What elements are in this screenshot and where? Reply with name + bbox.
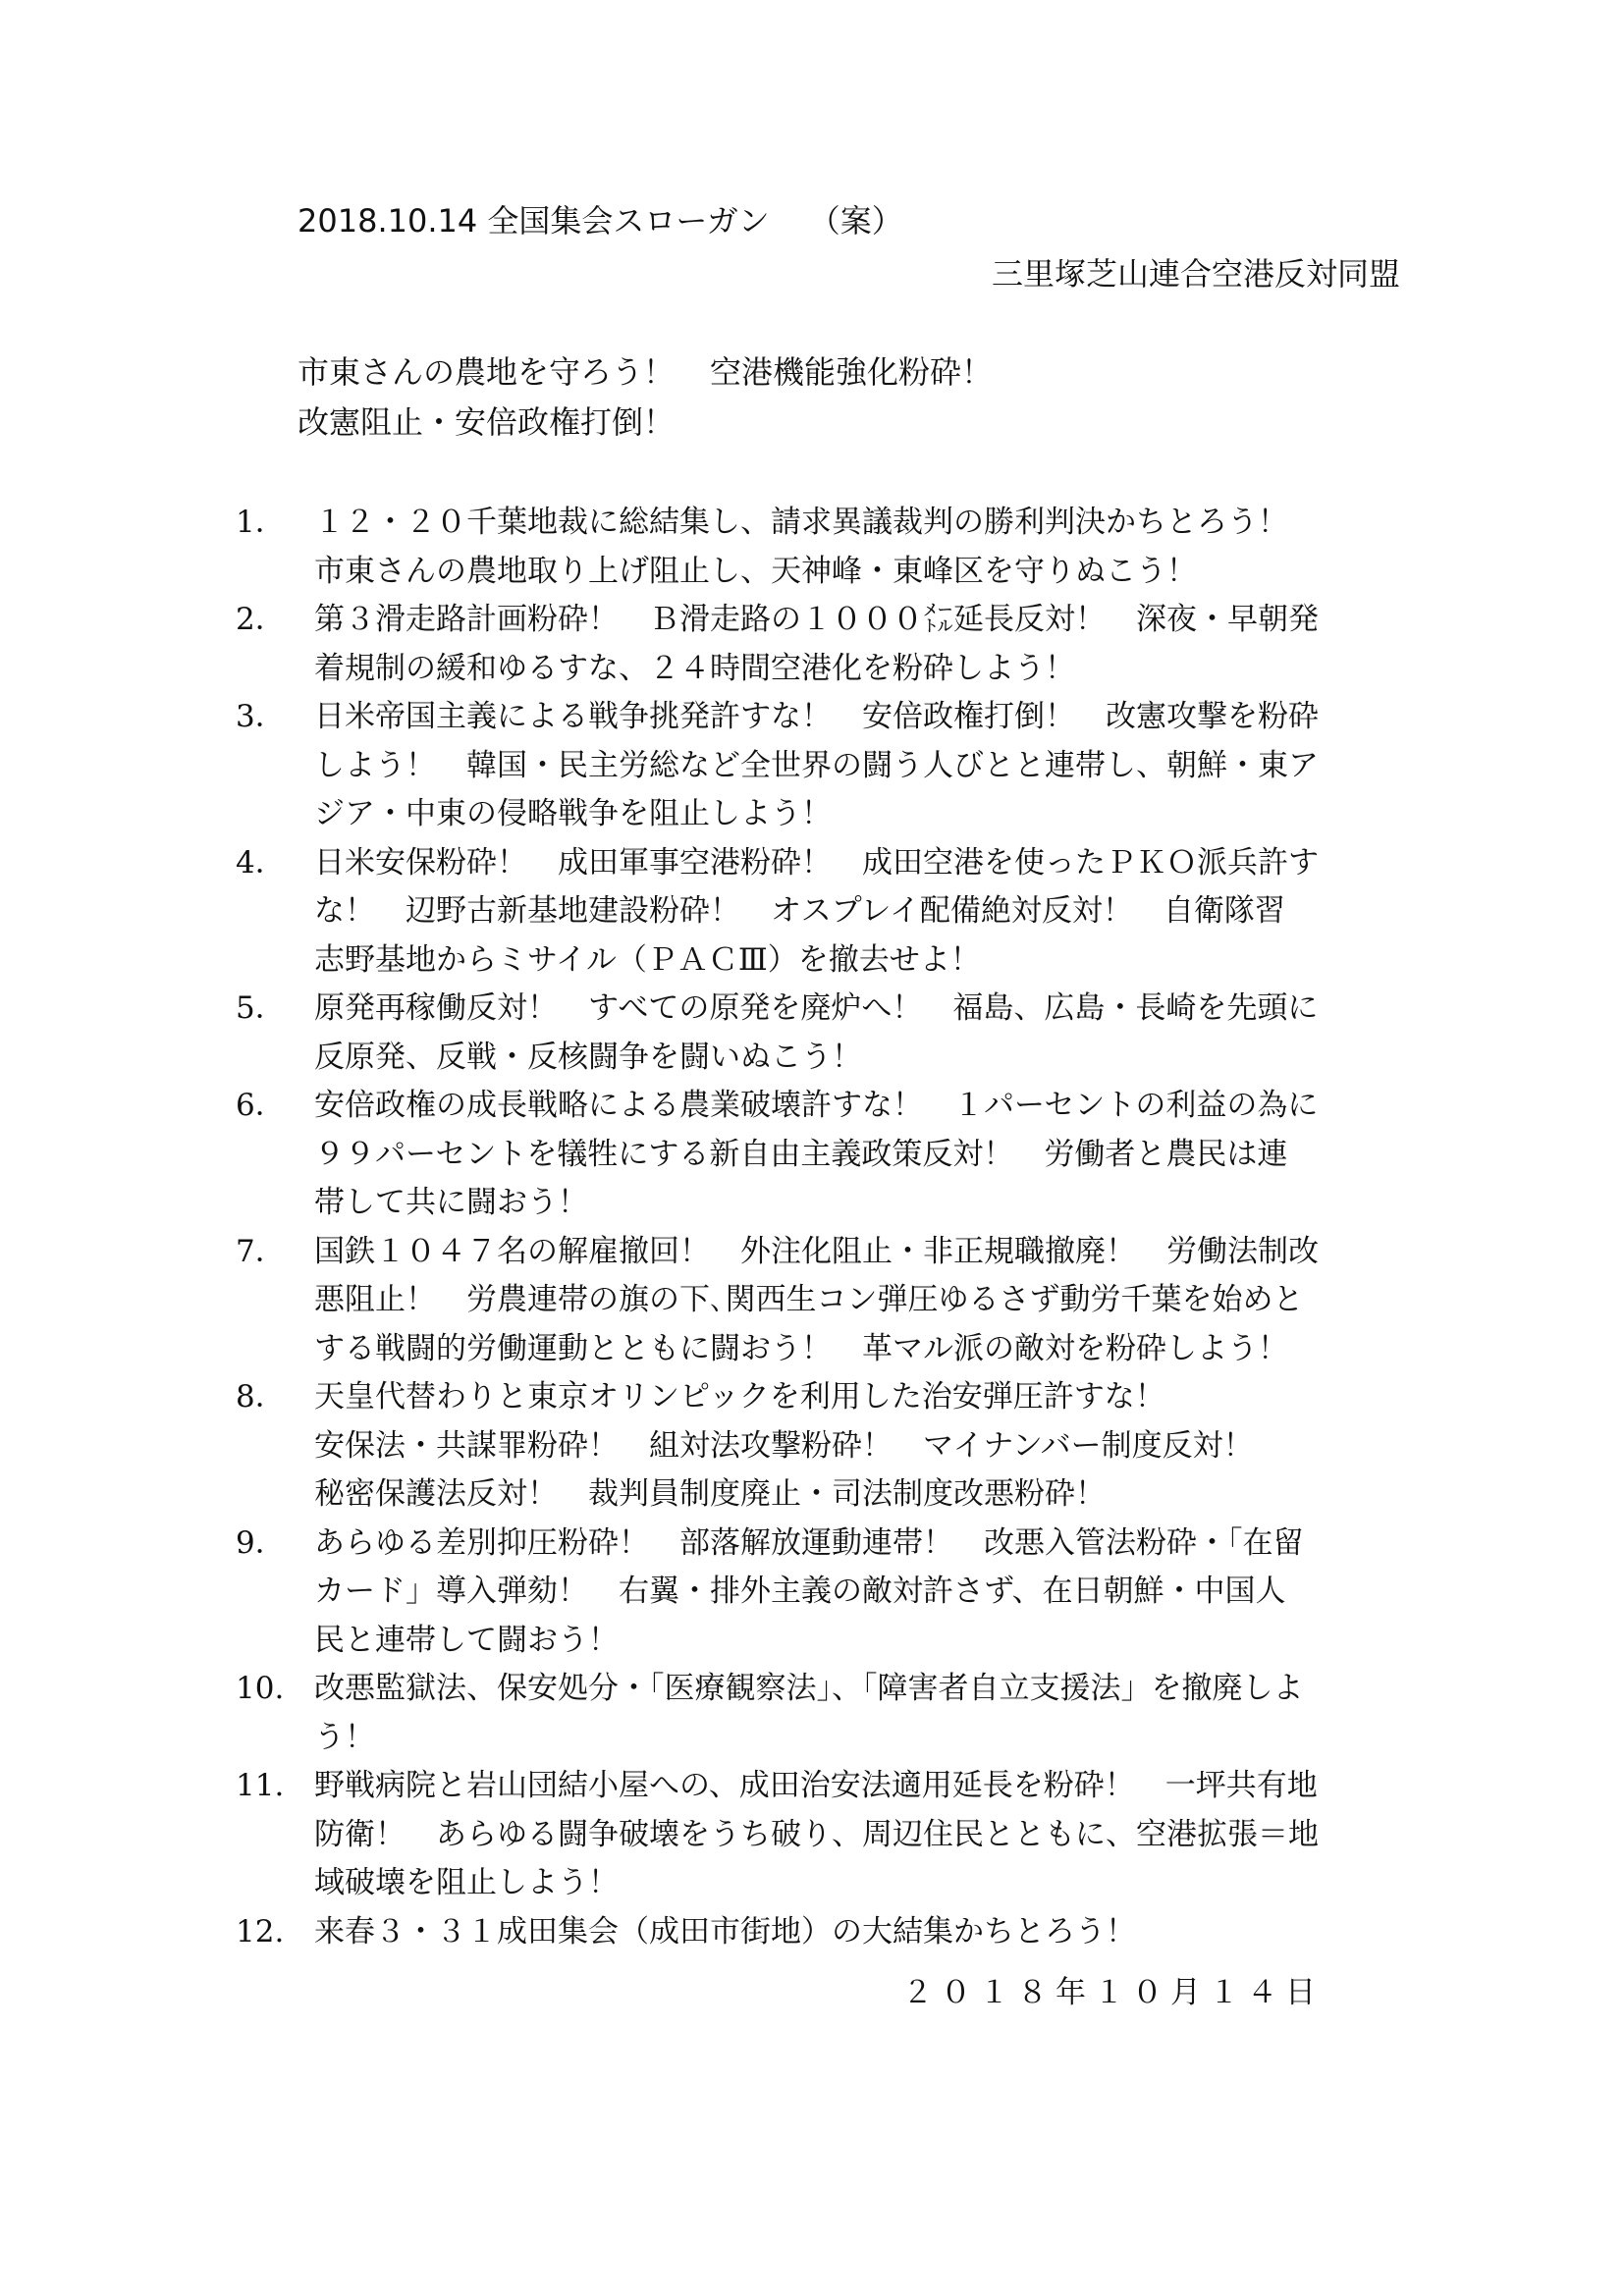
- item-text: あらゆる差別抑圧粉砕！ 部落解放運動連帯！ 改悪入管法粉砕・「在留 カード」導入…: [314, 1520, 1404, 1666]
- item-number: 1．: [236, 499, 314, 596]
- item-line: カード」導入弾劾！ 右翼・排外主義の敵対許さず、在日朝鮮・中国人: [314, 1568, 1404, 1617]
- list-item-5: 5． 原発再稼働反対！ すべての原発を廃炉へ！ 福島、広島・長崎を先頭に 反原発…: [236, 985, 1404, 1082]
- item-number: 4．: [236, 839, 314, 986]
- item-line: 悪阻止！ 労農連帯の旗の下､関西生コン弾圧ゆるさず動労千葉を始めと: [314, 1276, 1404, 1325]
- item-line: 原発再稼働反対！ すべての原発を廃炉へ！ 福島、広島・長崎を先頭に: [314, 985, 1404, 1034]
- list-item-6: 6． 安倍政権の成長戦略による農業破壊許すな！ １パーセントの利益の為に ９９パ…: [236, 1082, 1404, 1228]
- item-line: 安倍政権の成長戦略による農業破壊許すな！ １パーセントの利益の為に: [314, 1082, 1404, 1131]
- item-line: 来春３・３１成田集会（成田市街地）の大結集かちとろう！: [314, 1908, 1404, 1957]
- slogan-line-2: 改憲阻止・安倍政権打倒！: [298, 398, 993, 448]
- slogan: 改憲阻止・安倍政権打倒！: [298, 403, 675, 441]
- item-line: １２・２０千葉地裁に総結集し、請求異議裁判の勝利判決かちとろう！: [314, 499, 1404, 548]
- item-line: 日米帝国主義による戦争挑発許すな！ 安倍政権打倒！ 改憲攻撃を粉砕: [314, 693, 1404, 742]
- list-item-7: 7． 国鉄１０４７名の解雇撤回！ 外注化阻止・非正規職撤廃！ 労働法制改 悪阻止…: [236, 1228, 1404, 1374]
- title-text: 2018.10.14 全国集会スローガン: [298, 202, 770, 240]
- item-text: 安倍政権の成長戦略による農業破壊許すな！ １パーセントの利益の為に ９９パーセン…: [314, 1082, 1404, 1228]
- list-item-10: 10. 改悪監獄法、保安処分・「医療観察法」、「障害者自立支援法」を撤廃しよ う…: [236, 1665, 1404, 1762]
- item-text: 天皇代替わりと東京オリンピックを利用した治安弾圧許すな！ 安保法・共謀罪粉砕！ …: [314, 1373, 1404, 1520]
- item-line: 第３滑走路計画粉砕！ Ｂ滑走路の１０００㍍延長反対！ 深夜・早朝発: [314, 596, 1404, 645]
- item-line: しよう！ 韓国・民主労総など全世界の闘う人びとと連帯し、朝鮮・東ア: [314, 742, 1404, 791]
- item-line: う！: [314, 1714, 1404, 1763]
- list-item-4: 4． 日米安保粉砕！ 成田軍事空港粉砕！ 成田空港を使ったＰＫＯ派兵許す な！ …: [236, 839, 1404, 986]
- item-line: 日米安保粉砕！ 成田軍事空港粉砕！ 成田空港を使ったＰＫＯ派兵許す: [314, 839, 1404, 888]
- item-text: 日米帝国主義による戦争挑発許すな！ 安倍政権打倒！ 改憲攻撃を粉砕 しよう！ 韓…: [314, 693, 1404, 839]
- document-title: 2018.10.14 全国集会スローガン（案）: [298, 196, 903, 241]
- item-line: 国鉄１０４７名の解雇撤回！ 外注化阻止・非正規職撤廃！ 労働法制改: [314, 1228, 1404, 1277]
- item-line: 反原発、反戦・反核闘争を闘いぬこう！: [314, 1034, 1404, 1083]
- item-text: １２・２０千葉地裁に総結集し、請求異議裁判の勝利判決かちとろう！ 市東さんの農地…: [314, 499, 1404, 596]
- item-line: ジア・中東の侵略戦争を阻止しよう！: [314, 790, 1404, 839]
- organization-name: 三里塚芝山連合空港反対同盟: [992, 249, 1400, 294]
- item-number: 6．: [236, 1082, 314, 1228]
- item-text: 改悪監獄法、保安処分・「医療観察法」、「障害者自立支援法」を撤廃しよ う！: [314, 1665, 1404, 1762]
- draft-label: （案）: [809, 202, 903, 240]
- document-date: ２０１８年１０月１４日: [902, 1967, 1324, 2011]
- slogan: 空港機能強化粉砕！: [710, 353, 993, 391]
- item-line: 民と連帯して闘おう！: [314, 1617, 1404, 1666]
- item-line: あらゆる差別抑圧粉砕！ 部落解放運動連帯！ 改悪入管法粉砕・「在留: [314, 1520, 1404, 1569]
- list-item-11: 11. 野戦病院と岩山団結小屋への、成田治安法適用延長を粉砕！ 一坪共有地 防衛…: [236, 1762, 1404, 1908]
- main-slogans: 市東さんの農地を守ろう！空港機能強化粉砕！ 改憲阻止・安倍政権打倒！: [298, 347, 993, 448]
- list-item-2: 2． 第３滑走路計画粉砕！ Ｂ滑走路の１０００㍍延長反対！ 深夜・早朝発 着規制…: [236, 596, 1404, 693]
- item-number: 3．: [236, 693, 314, 839]
- item-text: 日米安保粉砕！ 成田軍事空港粉砕！ 成田空港を使ったＰＫＯ派兵許す な！ 辺野古…: [314, 839, 1404, 986]
- item-line: 野戦病院と岩山団結小屋への、成田治安法適用延長を粉砕！ 一坪共有地: [314, 1762, 1404, 1811]
- item-number: 11.: [236, 1762, 314, 1908]
- item-line: 帯して共に闘おう！: [314, 1179, 1404, 1228]
- item-line: する戦闘的労働運動とともに闘おう！ 革マル派の敵対を粉砕しよう！: [314, 1325, 1404, 1374]
- item-text: 原発再稼働反対！ すべての原発を廃炉へ！ 福島、広島・長崎を先頭に 反原発、反戦…: [314, 985, 1404, 1082]
- item-line: な！ 辺野古新基地建設粉砕！ オスプレイ配備絶対反対！ 自衛隊習: [314, 887, 1404, 936]
- item-number: 7．: [236, 1228, 314, 1374]
- list-item-8: 8． 天皇代替わりと東京オリンピックを利用した治安弾圧許すな！ 安保法・共謀罪粉…: [236, 1373, 1404, 1520]
- document-page: 2018.10.14 全国集会スローガン（案） 三里塚芝山連合空港反対同盟 市東…: [0, 0, 1624, 2296]
- item-number: 12.: [236, 1908, 314, 1957]
- item-number: 8．: [236, 1373, 314, 1520]
- item-number: 10.: [236, 1665, 314, 1762]
- item-text: 国鉄１０４７名の解雇撤回！ 外注化阻止・非正規職撤廃！ 労働法制改 悪阻止！ 労…: [314, 1228, 1404, 1374]
- slogan-list: 1． １２・２０千葉地裁に総結集し、請求異議裁判の勝利判決かちとろう！ 市東さん…: [236, 499, 1404, 1956]
- list-item-9: 9． あらゆる差別抑圧粉砕！ 部落解放運動連帯！ 改悪入管法粉砕・「在留 カード…: [236, 1520, 1404, 1666]
- list-item-12: 12. 来春３・３１成田集会（成田市街地）の大結集かちとろう！: [236, 1908, 1404, 1957]
- item-line: 域破壊を阻止しよう！: [314, 1859, 1404, 1908]
- item-line: 市東さんの農地取り上げ阻止し、天神峰・東峰区を守りぬこう！: [314, 548, 1404, 597]
- item-number: 2．: [236, 596, 314, 693]
- item-line: 防衛！ あらゆる闘争破壊をうち破り、周辺住民とともに、空港拡張＝地: [314, 1811, 1404, 1860]
- item-line: 秘密保護法反対！ 裁判員制度廃止・司法制度改悪粉砕！: [314, 1470, 1404, 1520]
- list-item-3: 3． 日米帝国主義による戦争挑発許すな！ 安倍政権打倒！ 改憲攻撃を粉砕 しよう…: [236, 693, 1404, 839]
- slogan: 市東さんの農地を守ろう！: [298, 353, 675, 391]
- item-line: 安保法・共謀罪粉砕！ 組対法攻撃粉砕！ マイナンバー制度反対！: [314, 1422, 1404, 1471]
- item-text: 第３滑走路計画粉砕！ Ｂ滑走路の１０００㍍延長反対！ 深夜・早朝発 着規制の緩和…: [314, 596, 1404, 693]
- item-line: 着規制の緩和ゆるすな、２４時間空港化を粉砕しよう！: [314, 645, 1404, 694]
- item-number: 5．: [236, 985, 314, 1082]
- item-line: 天皇代替わりと東京オリンピックを利用した治安弾圧許すな！: [314, 1373, 1404, 1422]
- item-line: ９９パーセントを犠牲にする新自由主義政策反対！ 労働者と農民は連: [314, 1131, 1404, 1180]
- item-line: 志野基地からミサイル（ＰＡＣⅢ）を撤去せよ！: [314, 936, 1404, 986]
- item-text: 野戦病院と岩山団結小屋への、成田治安法適用延長を粉砕！ 一坪共有地 防衛！ あら…: [314, 1762, 1404, 1908]
- item-text: 来春３・３１成田集会（成田市街地）の大結集かちとろう！: [314, 1908, 1404, 1957]
- list-item-1: 1． １２・２０千葉地裁に総結集し、請求異議裁判の勝利判決かちとろう！ 市東さん…: [236, 499, 1404, 596]
- item-line: 改悪監獄法、保安処分・「医療観察法」、「障害者自立支援法」を撤廃しよ: [314, 1665, 1404, 1714]
- slogan-line-1: 市東さんの農地を守ろう！空港機能強化粉砕！: [298, 347, 993, 398]
- item-number: 9．: [236, 1520, 314, 1666]
